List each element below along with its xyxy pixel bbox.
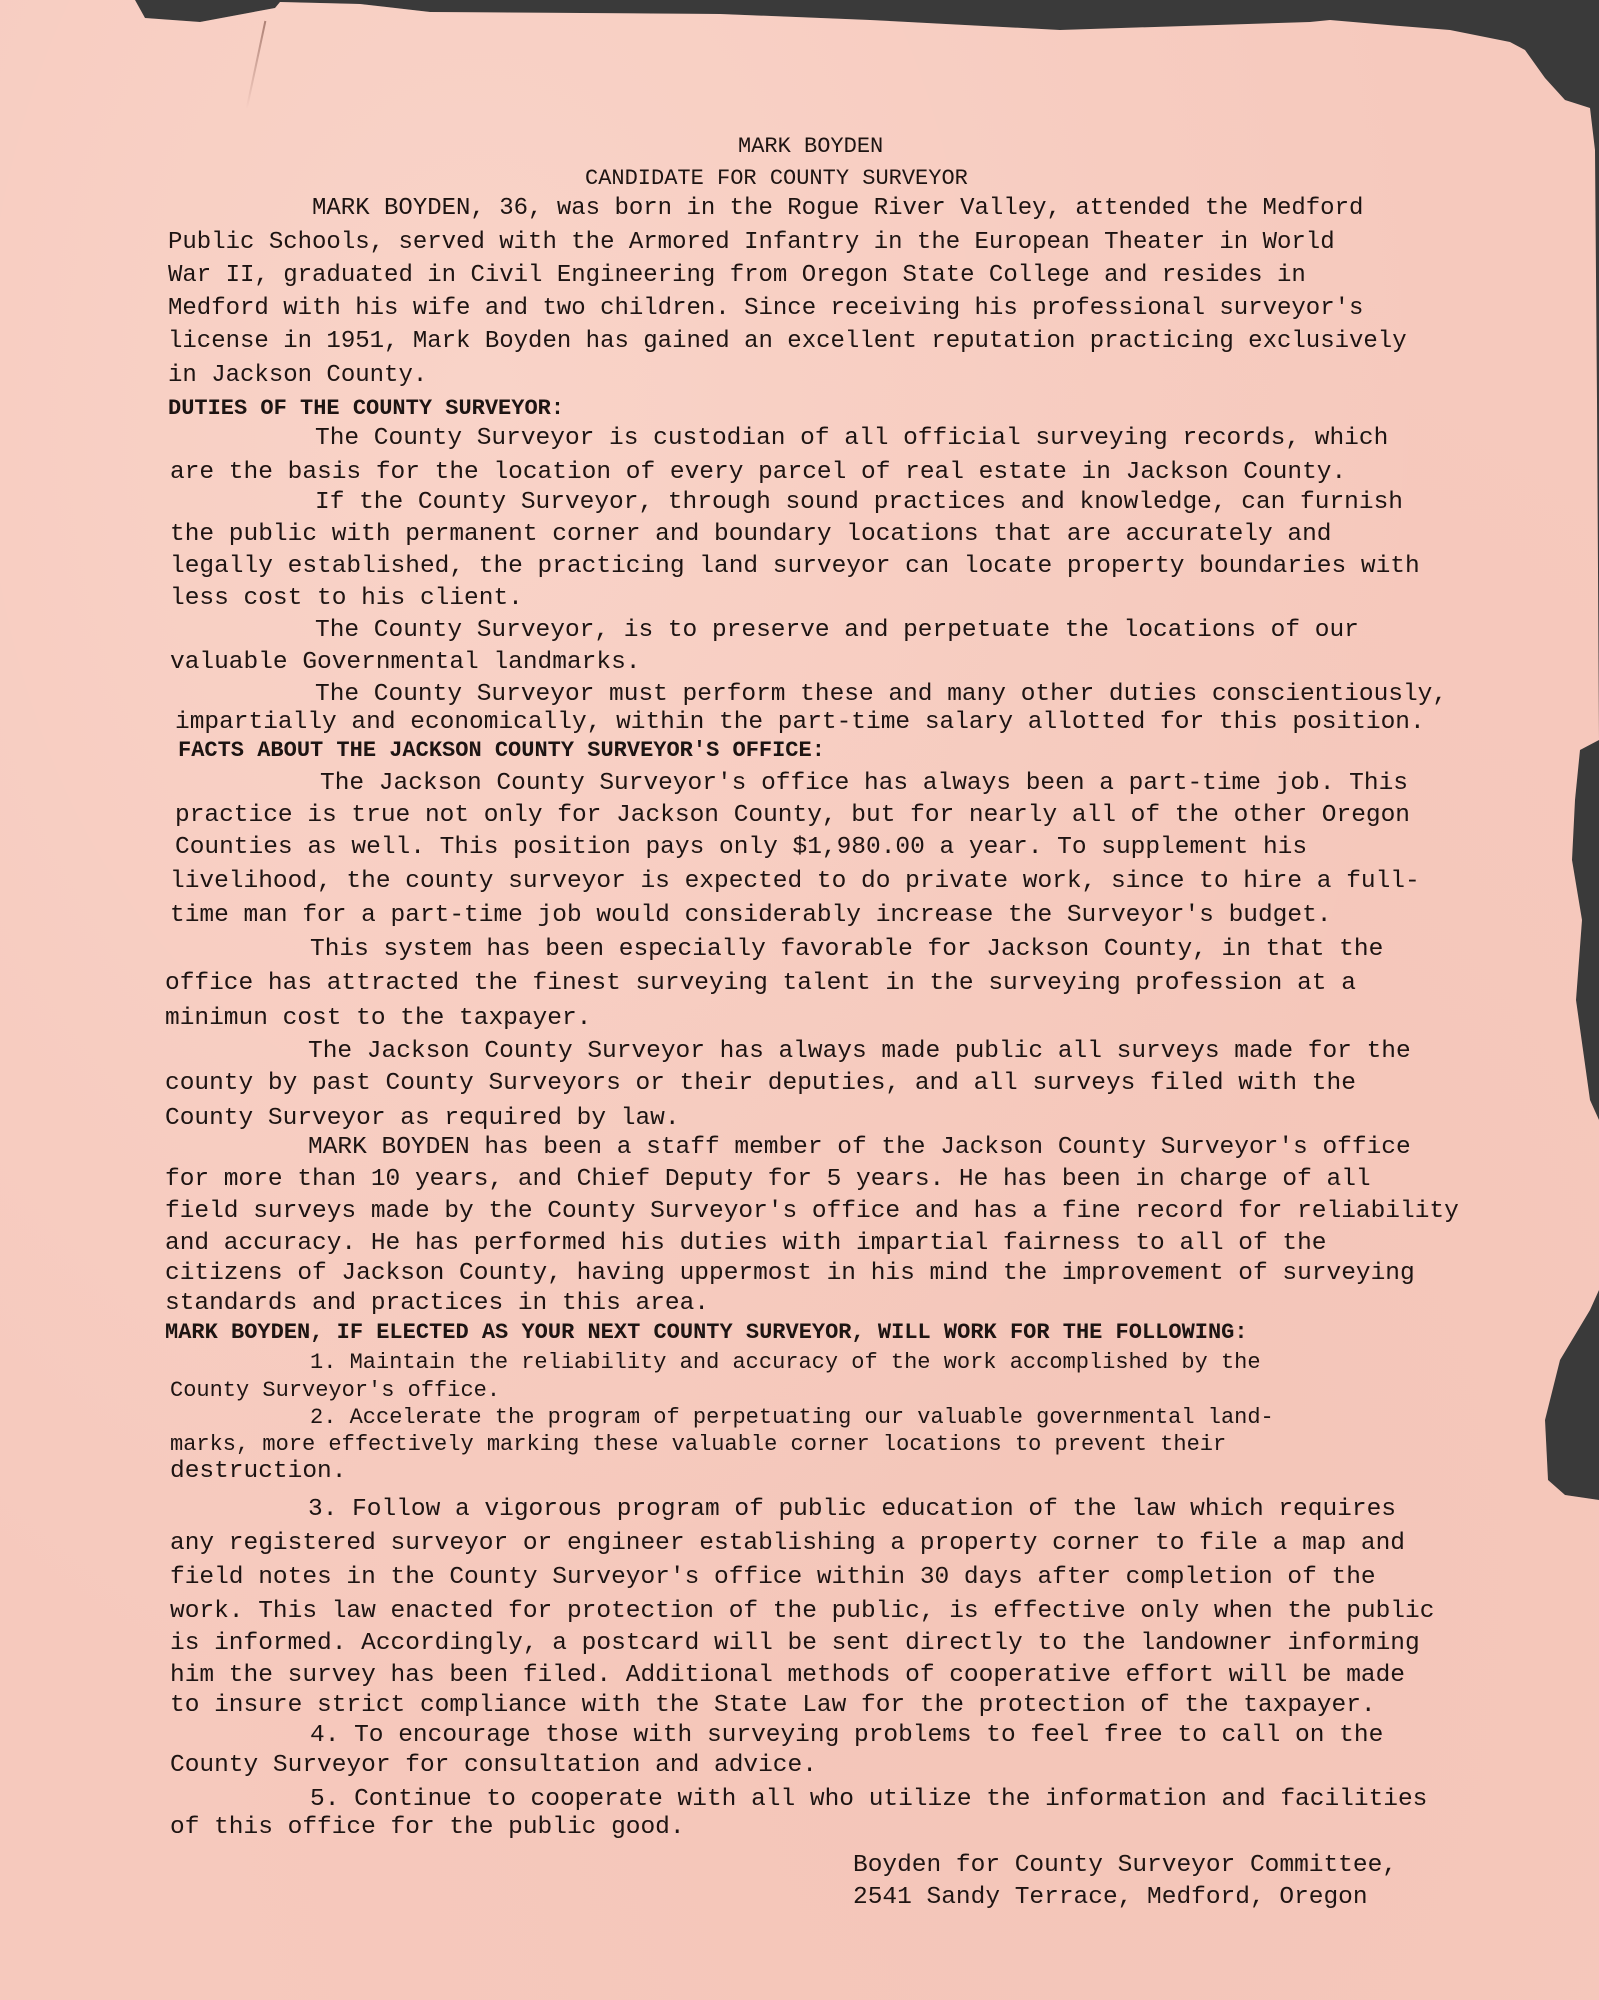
goals-heading: MARK BOYDEN, IF ELECTED AS YOUR NEXT COU… [165, 1320, 1248, 1345]
facts-line: office has attracted the finest surveyin… [165, 970, 1356, 997]
duties-line: The County Surveyor, is to preserve and … [315, 617, 1359, 644]
goal-line: work. This law enacted for protection of… [170, 1598, 1434, 1625]
goal-line: to insure strict compliance with the Sta… [170, 1692, 1376, 1719]
facts-line: standards and practices in this area. [165, 1290, 709, 1317]
duties-line: are the basis for the location of every … [170, 459, 1346, 486]
duties-line: impartially and economically, within the… [175, 709, 1425, 736]
intro-line: license in 1951, Mark Boyden has gained … [168, 328, 1407, 355]
goal-line: 1. Maintain the reliability and accuracy… [310, 1350, 1261, 1375]
goal-line: County Surveyor for consultation and adv… [170, 1752, 817, 1779]
goal-line: him the survey has been filed. Additiona… [170, 1662, 1405, 1689]
duties-line: less cost to his client. [170, 585, 523, 612]
goal-line: 4. To encourage those with surveying pro… [310, 1722, 1383, 1749]
facts-line: time man for a part-time job would consi… [170, 902, 1332, 929]
facts-line: practice is true not only for Jackson Co… [175, 802, 1410, 829]
facts-line: MARK BOYDEN has been a staff member of t… [308, 1134, 1411, 1161]
goal-line: County Surveyor's office. [170, 1378, 500, 1403]
goal-line: field notes in the County Surveyor's off… [170, 1564, 1376, 1591]
goal-line: 2. Accelerate the program of perpetuatin… [310, 1405, 1274, 1430]
facts-line: The Jackson County Surveyor has always m… [308, 1038, 1411, 1065]
goal-line: 5. Continue to cooperate with all who ut… [310, 1786, 1427, 1813]
document-subtitle: CANDIDATE FOR COUNTY SURVEYOR [585, 166, 968, 191]
goal-line: marks, more effectively marking these va… [170, 1432, 1226, 1457]
duties-line: valuable Governmental landmarks. [170, 649, 640, 676]
campaign-flyer: MARK BOYDEN CANDIDATE FOR COUNTY SURVEYO… [0, 0, 1599, 2000]
goal-line: of this office for the public good. [170, 1814, 685, 1841]
facts-line: and accuracy. He has performed his dutie… [165, 1230, 1327, 1257]
duties-heading: DUTIES OF THE COUNTY SURVEYOR: [168, 396, 564, 421]
facts-line: for more than 10 years, and Chief Deputy… [165, 1166, 1371, 1193]
duties-line: legally established, the practicing land… [170, 553, 1420, 580]
intro-line: in Jackson County. [168, 362, 427, 389]
goal-line: 3. Follow a vigorous program of public e… [308, 1496, 1396, 1523]
facts-line: citizens of Jackson County, having upper… [165, 1260, 1415, 1287]
facts-line: County Surveyor as required by law. [165, 1105, 680, 1132]
duties-line: The County Surveyor must perform these a… [315, 681, 1447, 708]
facts-line: field surveys made by the County Surveyo… [165, 1198, 1459, 1225]
duties-line: the public with permanent corner and bou… [170, 521, 1332, 548]
facts-line: The Jackson County Surveyor's office has… [320, 770, 1408, 797]
duties-line: The County Surveyor is custodian of all … [315, 425, 1388, 452]
facts-line: county by past County Surveyors or their… [165, 1070, 1356, 1097]
facts-line: This system has been especially favorabl… [310, 936, 1383, 963]
facts-heading: FACTS ABOUT THE JACKSON COUNTY SURVEYOR'… [178, 738, 825, 763]
document-title: MARK BOYDEN [738, 134, 883, 159]
duties-line: If the County Surveyor, through sound pr… [315, 489, 1403, 516]
intro-line: Medford with his wife and two children. … [168, 295, 1363, 322]
committee-name: Boyden for County Surveyor Committee, [853, 1852, 1397, 1879]
goal-line: destruction. [170, 1458, 346, 1485]
intro-line: MARK BOYDEN, 36, was born in the Rogue R… [312, 195, 1363, 222]
goal-line: is informed. Accordingly, a postcard wil… [170, 1630, 1420, 1657]
intro-line: Public Schools, served with the Armored … [168, 229, 1335, 256]
intro-line: War II, graduated in Civil Engineering f… [168, 262, 1306, 289]
facts-line: minimun cost to the taxpayer. [165, 1005, 591, 1032]
facts-line: livelihood, the county surveyor is expec… [170, 868, 1420, 895]
goal-line: any registered surveyor or engineer esta… [170, 1530, 1405, 1557]
facts-line: Counties as well. This position pays onl… [175, 834, 1307, 861]
committee-address: 2541 Sandy Terrace, Medford, Oregon [853, 1884, 1368, 1911]
